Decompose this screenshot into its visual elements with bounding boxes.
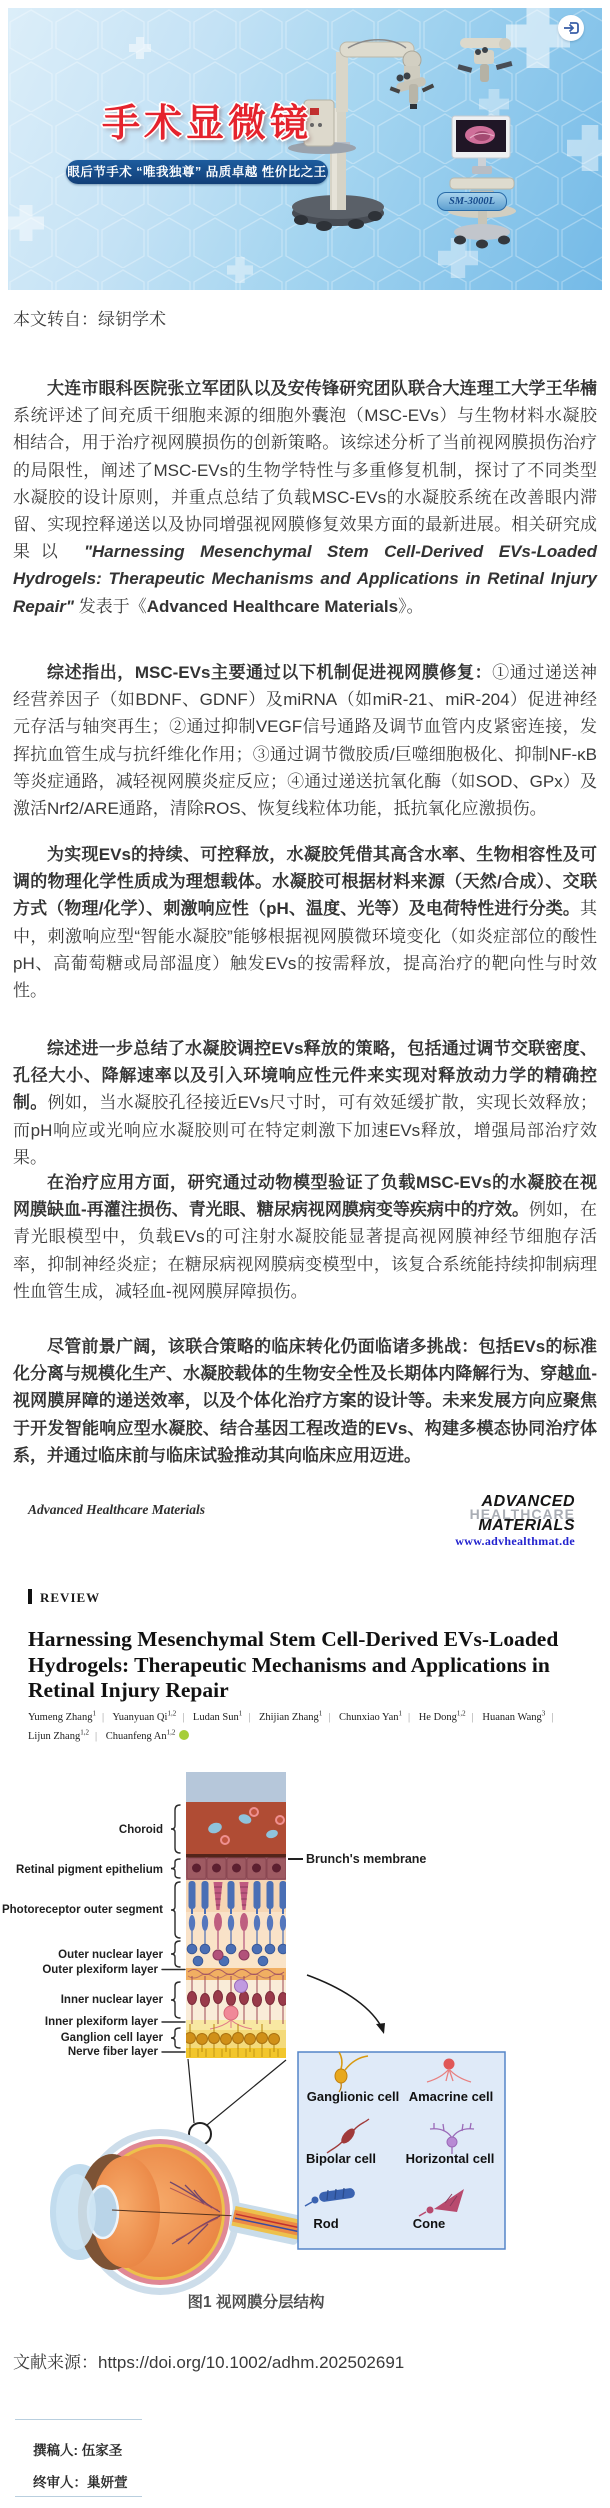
author: Yuanyuan Qi1,2: [112, 1712, 176, 1723]
footer-writer: 撰稿人: 伍家圣: [33, 2439, 122, 2459]
banner-graphics: [8, 8, 602, 290]
footer-divider-top: [15, 2419, 142, 2420]
journal-logo: ADVANCED HEALTHCARE MATERIALS www.advhea…: [455, 1496, 575, 1547]
rpe-cells: [187, 1858, 286, 1879]
author: He Dong1,2: [419, 1712, 466, 1723]
magnifier-marker: [188, 2059, 286, 2145]
share-icon: [558, 15, 584, 41]
banner-ad-image[interactable]: 手术显微镜 眼后节手术 “唯我独尊” 品质卓越 性价比之王 SM-3000L: [8, 8, 602, 290]
paragraph-1: 大连市眼科医院张立军团队以及安传锋研究团队联合大连理工大学王华楠系统评述了间充质…: [13, 375, 597, 620]
figure-retina-diagram: Choroid Retinal pigment epithelium Photo…: [0, 1772, 610, 2312]
label-nfl: Nerve fiber layer: [68, 2046, 159, 2058]
journal-name-inline: Advanced Healthcare Materials: [147, 597, 398, 616]
legend-label-rod: Rod: [313, 2216, 338, 2231]
article-page: 手术显微镜 眼后节手术 “唯我独尊” 品质卓越 性价比之王 SM-3000L 本…: [0, 0, 610, 2508]
author: Chunxiao Yan1: [339, 1712, 402, 1723]
journal-website: www.advhealthmat.de: [455, 1535, 575, 1547]
banner-model-badge: SM-3000L: [437, 192, 507, 211]
amacrine-cell-in-strip: [224, 2006, 238, 2020]
author: Lijun Zhang1,2: [28, 1731, 89, 1742]
label-onl: Outer nuclear layer: [58, 1949, 163, 1961]
author: Ludan Sun1: [193, 1712, 242, 1723]
label-gcl: Ganglion cell layer: [61, 2032, 164, 2044]
author: Huanan Wang3: [482, 1712, 545, 1723]
cell-legend: Ganglionic cell Amacrine cell Bipolar ce…: [298, 2052, 505, 2249]
journal-running-head: Advanced Healthcare Materials: [28, 1502, 205, 1518]
paragraph-3: 为实现EVs的持续、可控释放，水凝胶凭借其高含水率、生物相容性及可调的物理化学性…: [13, 841, 597, 1004]
retina-layer-strip: [185, 1772, 288, 2058]
legend-label-horizontal: Horizontal cell: [406, 2151, 495, 2166]
eye-diagram: [50, 2129, 303, 2295]
label-brunchs-membrane: Brunch's membrane: [306, 1852, 426, 1866]
paragraph-4: 综述进一步总结了水凝胶调控EVs释放的策略，包括通过调节交联密度、孔径大小、降解…: [13, 1035, 597, 1171]
label-rpe: Retinal pigment epithelium: [16, 1864, 163, 1876]
label-choroid: Choroid: [119, 1824, 163, 1836]
orcid-icon: [179, 1730, 189, 1740]
author-list: Yumeng Zhang1| Yuanyuan Qi1,2| Ludan Sun…: [28, 1706, 584, 1744]
author: Zhijian Zhang1: [259, 1712, 322, 1723]
source-note: 本文转自：绿钥学术: [13, 305, 166, 330]
paragraph-2: 综述指出，MSC-EVs主要通过以下机制促进视网膜修复：①通过递送神经营养因子（…: [13, 659, 597, 822]
paragraph-5: 在治疗应用方面，研究通过动物模型验证了负载MSC-EVs的水凝胶在视网膜缺血-再…: [13, 1169, 597, 1305]
reference-doi: 文献来源：https://doi.org/10.1002/adhm.202502…: [13, 2348, 404, 2373]
footer-reviewer: 终审人：巢妍萱: [33, 2471, 128, 2491]
paragraph-1-lead: 大连市眼科医院张立军团队以及安传锋研究团队联合大连理工大学王华楠: [47, 379, 597, 398]
author: Yumeng Zhang1: [28, 1712, 96, 1723]
label-opl: Outer plexiform layer: [42, 1964, 158, 1976]
label-inl: Inner nuclear layer: [61, 1994, 164, 2006]
label-photoreceptor: Photoreceptor outer segment: [2, 1904, 163, 1916]
label-ipl: Inner plexiform layer: [45, 2016, 159, 2028]
author: Chuanfeng An1,2: [106, 1731, 176, 1742]
section-label-bar: [28, 1589, 32, 1604]
curved-arrow: [307, 1975, 385, 2034]
figure-caption: 图1 视网膜分层结构: [0, 2290, 512, 2312]
legend-label-bipolar: Bipolar cell: [306, 2151, 376, 2166]
banner-title: 手术显微镜: [102, 92, 322, 147]
paper-title: Harnessing Mesenchymal Stem Cell-Derived…: [28, 1627, 576, 1704]
paragraph-6: 尽管前景广阔，该联合策略的临床转化仍面临诸多挑战：包括EVs的标准化分离与规模化…: [13, 1333, 597, 1469]
legend-label-ganglionic: Ganglionic cell: [307, 2089, 399, 2104]
label-braces: [162, 1805, 185, 2052]
banner-subtitle: 眼后节手术 “唯我独尊” 品质卓越 性价比之王: [66, 160, 328, 184]
horizontal-cell-in-strip: [235, 1980, 248, 1993]
legend-label-amacrine: Amacrine cell: [409, 2089, 494, 2104]
legend-label-cone: Cone: [413, 2216, 446, 2231]
layer-labels: Choroid Retinal pigment epithelium Photo…: [2, 1824, 164, 2058]
section-label: REVIEW: [28, 1589, 100, 1606]
footer-divider-bottom: [15, 2496, 142, 2497]
